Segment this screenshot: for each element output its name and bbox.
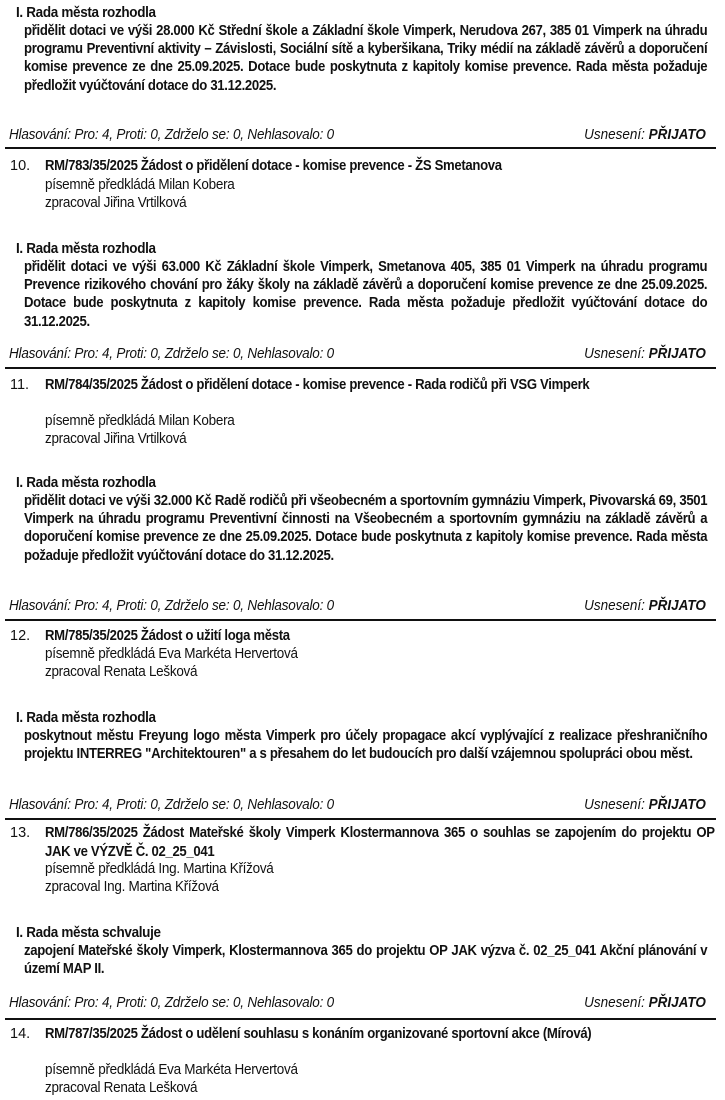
- item-submitted-by: písemně předkládá Ing. Martina Křížová: [45, 860, 274, 878]
- resolution-result: PŘIJATO: [649, 995, 706, 1011]
- vote-summary: Hlasování: Pro: 4, Proti: 0, Zdrželo se:…: [9, 597, 334, 615]
- resolution-result: PŘIJATO: [649, 127, 706, 143]
- resolution-result: PŘIJATO: [649, 598, 706, 614]
- item-title: RM/787/35/2025 Žádost o udělení souhlasu…: [45, 1025, 715, 1044]
- vote-row: Hlasování: Pro: 4, Proti: 0, Zdrželo se:…: [9, 994, 706, 1012]
- decision-text: přidělit dotaci ve výši 28.000 Kč Středn…: [24, 22, 707, 95]
- separator-line: [5, 619, 716, 621]
- decision-heading: I. Rada města rozhodla: [16, 240, 156, 258]
- decision-text: přidělit dotaci ve výši 32.000 Kč Radě r…: [24, 492, 707, 565]
- resolution-result: PŘIJATO: [649, 346, 706, 362]
- vote-row: Hlasování: Pro: 4, Proti: 0, Zdrželo se:…: [9, 345, 706, 363]
- separator-line: [5, 1018, 716, 1020]
- item-title: RM/783/35/2025 Žádost o přidělení dotace…: [45, 157, 715, 176]
- decision-heading: I. Rada města rozhodla: [16, 709, 156, 727]
- resolution-status: Usnesení: PŘIJATO: [584, 994, 706, 1012]
- resolution-status: Usnesení: PŘIJATO: [584, 345, 706, 363]
- item-number: 12.: [10, 627, 30, 645]
- item-submitted-by: písemně předkládá Eva Markéta Hervertová: [45, 1061, 298, 1079]
- decision-text: přidělit dotaci ve výši 63.000 Kč Základ…: [24, 258, 707, 331]
- resolution-label: Usnesení:: [584, 598, 645, 614]
- item-submitted-by: písemně předkládá Milan Kobera: [45, 176, 235, 194]
- vote-summary: Hlasování: Pro: 4, Proti: 0, Zdrželo se:…: [9, 994, 334, 1012]
- item-number: 10.: [10, 157, 30, 175]
- resolution-label: Usnesení:: [584, 797, 645, 813]
- resolution-status: Usnesení: PŘIJATO: [584, 796, 706, 814]
- item-number: 11.: [10, 376, 29, 394]
- item-processed-by: zpracoval Ing. Martina Křížová: [45, 878, 219, 896]
- item-title: RM/785/35/2025 Žádost o užití loga města: [45, 627, 715, 646]
- item-processed-by: zpracoval Jiřina Vrtilková: [45, 430, 186, 448]
- separator-line: [5, 818, 716, 820]
- item-processed-by: zpracoval Jiřina Vrtilková: [45, 194, 186, 212]
- item-processed-by: zpracoval Renata Lešková: [45, 1079, 197, 1097]
- resolution-label: Usnesení:: [584, 346, 645, 362]
- item-number: 13.: [10, 824, 30, 842]
- item-title: RM/786/35/2025 Žádost Mateřské školy Vim…: [45, 824, 715, 861]
- decision-text: zapojení Mateřské školy Vimperk, Kloster…: [24, 942, 707, 978]
- resolution-label: Usnesení:: [584, 127, 645, 143]
- resolution-result: PŘIJATO: [649, 797, 706, 813]
- vote-row: Hlasování: Pro: 4, Proti: 0, Zdrželo se:…: [9, 597, 706, 615]
- vote-summary: Hlasování: Pro: 4, Proti: 0, Zdrželo se:…: [9, 126, 334, 144]
- vote-row: Hlasování: Pro: 4, Proti: 0, Zdrželo se:…: [9, 796, 706, 814]
- separator-line: [5, 147, 716, 149]
- item-submitted-by: písemně předkládá Milan Kobera: [45, 412, 235, 430]
- resolution-status: Usnesení: PŘIJATO: [584, 597, 706, 615]
- vote-summary: Hlasování: Pro: 4, Proti: 0, Zdrželo se:…: [9, 796, 334, 814]
- decision-heading: I. Rada města schvaluje: [16, 924, 161, 942]
- vote-summary: Hlasování: Pro: 4, Proti: 0, Zdrželo se:…: [9, 345, 334, 363]
- separator-line: [5, 367, 716, 369]
- item-number: 14.: [10, 1025, 30, 1043]
- vote-row: Hlasování: Pro: 4, Proti: 0, Zdrželo se:…: [9, 126, 706, 144]
- decision-heading: I. Rada města rozhodla: [16, 474, 156, 492]
- resolution-label: Usnesení:: [584, 995, 645, 1011]
- item-processed-by: zpracoval Renata Lešková: [45, 663, 197, 681]
- item-title: RM/784/35/2025 Žádost o přidělení dotace…: [45, 376, 715, 395]
- decision-heading: I. Rada města rozhodla: [16, 4, 156, 22]
- item-submitted-by: písemně předkládá Eva Markéta Hervertová: [45, 645, 298, 663]
- decision-text: poskytnout městu Freyung logo města Vimp…: [24, 727, 707, 763]
- resolution-status: Usnesení: PŘIJATO: [584, 126, 706, 144]
